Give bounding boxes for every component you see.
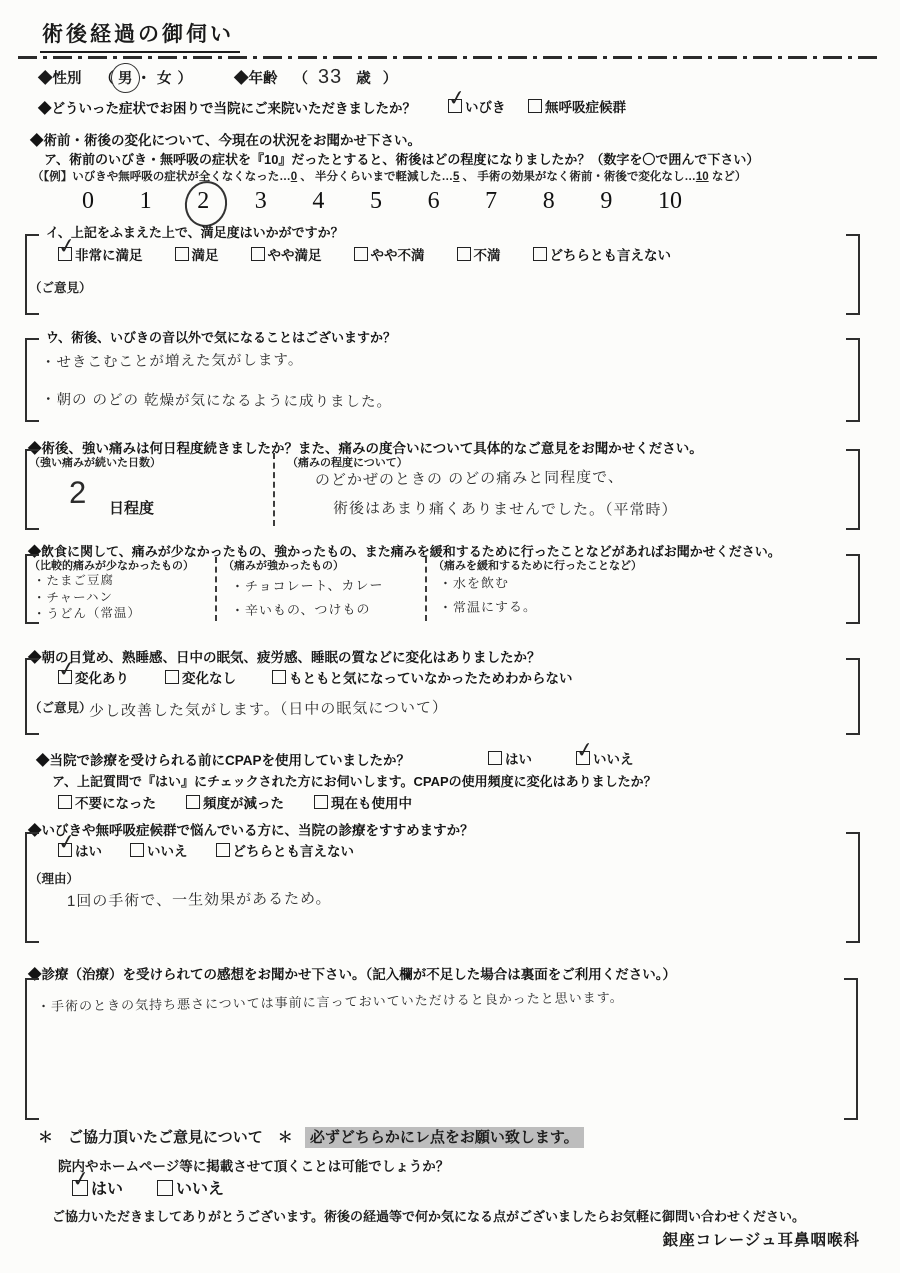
footer-thanks-text: ご協力いただきましてありがとうございます。術後の経過等で何か気になる点がございま… [52,1206,805,1225]
food-divider-1 [215,557,217,621]
checkbox-icon [272,670,286,684]
clinic-name: 銀座コレージュ耳鼻咽喉科 [663,1228,860,1250]
checkbox-label: いいえ [593,748,634,768]
change-question-label: ◆術前・術後の変化について、今現在の状況をお聞かせ下さい。 [30,129,421,149]
checkbox-icon [448,99,462,113]
gender-label: ◆性別 [38,67,82,88]
checkbox-icon [175,247,189,261]
checkbox-icon [216,843,230,857]
checkbox-apnea[interactable]: 無呼吸症候群 [528,96,626,116]
checkbox-label: 変化なし [182,667,236,687]
food-col2-line2: ・辛いもの、つけもの [231,599,371,619]
example-seg: など） [709,171,747,183]
concern-answer-line2: ・朝の のどの 乾燥が気になるように成りました。 [41,388,392,411]
sleep-options-row: 変化あり 変化なし もともと気になっていなかったためわからない [58,667,573,687]
age-unit: 歳 [356,67,371,88]
scale-1[interactable]: 1 [140,188,152,215]
satisfaction-options-row: 非常に満足 満足 やや満足 やや不満 不満 どちらとも言えない [58,244,671,264]
pain-degree-line1-handwritten: のどかぜのときの のどの痛みと同程度で、 [315,466,624,490]
checkbox-label: やや不満 [371,244,425,264]
checkbox-icon [528,99,542,113]
food-col1-line1: ・たまご豆腐 [33,570,114,589]
example-seg-underlined: 10 [696,171,709,183]
symptom-question-label: ◆どういった症状でお困りで当院にご来院いただきましたか？ [38,97,416,117]
age-label: ◆年齢 [234,67,278,88]
checkbox-label: はい [91,1176,123,1199]
checkbox-label: やや満足 [268,244,322,264]
checkbox-icon [130,843,144,857]
sleep-answer-box: 変化あり 変化なし もともと気になっていなかったためわからない （ご意見） 少し… [25,658,860,735]
food-divider-2 [425,557,427,621]
profile-row: ◆性別 （ 男 ・ 女 ） ◆年齢 （ 33 歳 ） [38,66,397,89]
scale-5[interactable]: 5 [370,188,382,215]
recommend-options-row: はい いいえ どちらとも言えない [58,840,354,860]
gender-female: 女 [157,67,172,88]
food-col2-header: （痛みが強かったもの） [223,557,344,573]
checkbox-label: 現在も使用中 [331,792,412,812]
checkbox-icon [314,795,328,809]
checkbox-label: 不要になった [75,792,156,812]
checkbox-icon [165,670,179,684]
example-seg: 、 半分くらいまで軽減した… [297,171,453,183]
publish-question-label: 院内やホームページ等に掲載させて頂くことは可能でしょうか？ [58,1155,449,1175]
page-title: 術後経過の御伺い [40,18,240,53]
scale-9[interactable]: 9 [600,188,612,215]
change-example-line: （【例】いびきや無呼吸の症状が全くなくなった…0 、 半分くらいまで軽減した…5… [32,168,746,184]
scale-8[interactable]: 8 [543,188,555,215]
cpap-sub-question-label: ア、上記質問で『はい』にチェックされた方にお伺いします。CPAPの使用頻度に変化… [52,771,657,790]
checkbox-label: もともと気になっていなかったためわからない [289,667,573,687]
checkbox-label: 変化あり [75,667,129,687]
scale-4[interactable]: 4 [312,188,324,215]
sleep-comment-label: （ご意見） [29,698,92,716]
footer-note-prefix: ＊ ご協力頂いたご意見について ＊ [38,1129,293,1146]
checkbox-icon [576,751,590,765]
checkbox-frequency-decreased[interactable]: 頻度が減った [186,792,284,812]
checkbox-icon [251,247,265,261]
questionnaire-scan-page: 術後経過の御伺い ◆性別 （ 男 ・ 女 ） ◆年齢 （ 33 歳 ） ◆どうい… [0,0,900,1273]
checkbox-label: いびき [465,96,506,116]
checkbox-label: いいえ [176,1176,224,1199]
age-paren-close: ） [383,67,398,88]
checkbox-changed[interactable]: 変化あり [58,667,129,687]
checkbox-dissatisfied[interactable]: 不満 [457,244,501,264]
checkbox-icon [186,795,200,809]
checkbox-neither[interactable]: どちらとも言えない [533,244,672,264]
scale-3[interactable]: 3 [255,188,267,215]
pain-days-value-handwritten: 2 [69,475,88,511]
checkbox-label: どちらとも言えない [550,244,672,264]
age-value-handwritten: 33 [318,66,342,89]
checkbox-label: 頻度が減った [203,792,284,812]
checkbox-icon [488,751,502,765]
scale-2-circled[interactable]: 2 [197,188,209,215]
food-answer-box: （比較的痛みが少なかったもの） ・たまご豆腐 ・チャーハン ・うどん（常温） （… [25,554,860,624]
checkbox-no-change[interactable]: 変化なし [165,667,236,687]
checkbox-icon [58,795,72,809]
food-col2-line1: ・チョコレート、カレー [231,574,384,595]
checkbox-label: はい [505,748,532,768]
checkbox-unknown[interactable]: もともと気になっていなかったためわからない [272,667,573,687]
checkbox-icon [157,1180,173,1196]
scale-10[interactable]: 10 [658,188,682,215]
checkbox-recommend-yes[interactable]: はい [58,840,102,860]
checkbox-icon [457,247,471,261]
checkbox-label: いいえ [147,840,188,860]
footer-note-highlight: 必ずどちらかにレ点をお願い致します。 [305,1127,584,1148]
publish-options-row: はい いいえ [72,1176,224,1199]
checkbox-still-using[interactable]: 現在も使用中 [314,792,412,812]
satisfaction-answer-box: 非常に満足 満足 やや満足 やや不満 不満 どちらとも言えない （ご意見） [25,234,860,315]
pain-column-divider [273,453,275,526]
recommend-reason-label: （理由） [29,869,79,887]
checkbox-label: 満足 [192,244,219,264]
checkbox-icon [533,247,547,261]
change-sub-label: ア、術前のいびき・無呼吸の症状を『10』だったとすると、術後はどの程度になりまし… [44,149,759,168]
checkbox-icon [58,247,72,261]
checkbox-label: 非常に満足 [75,244,143,264]
checkbox-label: 無呼吸症候群 [545,96,626,116]
satisfaction-comment-label: （ご意見） [29,278,92,296]
scale-6[interactable]: 6 [428,188,440,215]
impression-answer-handwritten: ・手術のときの気持ち悪さについては事前に言っておいていただけると良かったと思いま… [37,987,624,1015]
cpap-question-label: ◆当院で診療を受けられる前にCPAPを使用していましたか？ [36,749,410,769]
checkbox-label: どちらとも言えない [233,840,355,860]
age-paren-open: （ [294,67,309,88]
severity-scale-row: 0 1 2 3 4 5 6 7 8 9 10 [82,188,682,215]
example-seg: 、 手術の効果がなく術前・術後で変化なし… [459,171,695,183]
checkbox-cpap-yes[interactable]: はい [488,748,532,768]
food-col3-line2: ・常温にする。 [439,596,537,616]
pain-days-label: （強い痛みが続いた日数） [29,454,161,470]
cpap-sub-options-row: 不要になった 頻度が減った 現在も使用中 [58,792,412,812]
concern-answer-box: ・せきこむことが増えた気がします。 ・朝の のどの 乾燥が気になるように成りまし… [25,338,860,422]
pain-answer-box: （強い痛みが続いた日数） 2 日程度 （痛みの程度について） のどかぜのときの … [25,449,860,530]
checkbox-label: はい [75,840,102,860]
checkbox-somewhat-dissatisfied[interactable]: やや不満 [354,244,425,264]
title-divider [18,56,882,59]
recommend-answer-box: はい いいえ どちらとも言えない （理由） 1回の手術で、一生効果があるため。 [25,832,860,943]
checkbox-recommend-neither[interactable]: どちらとも言えない [216,840,355,860]
food-col3-header: （痛みを緩和するために行ったことなど） [433,557,642,573]
checkbox-recommend-no[interactable]: いいえ [130,840,188,860]
example-seg: （【例】いびきや無呼吸の症状が全くなくなった… [32,171,291,183]
gender-paren-close: ） [178,67,193,88]
checkbox-very-satisfied[interactable]: 非常に満足 [58,244,143,264]
checkbox-somewhat-satisfied[interactable]: やや満足 [251,244,322,264]
checkbox-icon [72,1180,88,1196]
checkbox-satisfied[interactable]: 満足 [175,244,219,264]
pain-degree-line2-handwritten: 術後はあまり痛くありませんでした。（平常時） [333,497,678,520]
scale-0[interactable]: 0 [82,188,94,215]
checkbox-label: 不満 [474,244,501,264]
concern-answer-line1: ・せきこむことが増えた気がします。 [41,348,304,372]
checkbox-cpap-no[interactable]: いいえ [576,748,634,768]
checkbox-publish-no[interactable]: いいえ [157,1176,224,1199]
recommend-reason-handwritten: 1回の手術で、一生効果があるため。 [67,887,332,911]
sleep-comment-handwritten: 少し改善した気がします。（日中の眠気について） [89,696,448,721]
checkbox-icon [58,843,72,857]
food-col3-line1: ・水を飲む [439,572,509,592]
pain-days-unit: 日程度 [109,497,154,518]
footer-note-row: ＊ ご協力頂いたご意見について ＊ 必ずどちらかにレ点をお願い致します。 [38,1126,584,1147]
scale-7[interactable]: 7 [485,188,497,215]
checkbox-snoring[interactable]: いびき [448,96,506,116]
gender-male-circled: 男 [118,67,133,88]
checkbox-icon [58,670,72,684]
checkbox-no-longer-needed[interactable]: 不要になった [58,792,156,812]
checkbox-icon [354,247,368,261]
food-col1-line3: ・うどん（常温） [33,603,141,622]
checkbox-publish-yes[interactable]: はい [72,1176,123,1199]
impression-answer-box: ・手術のときの気持ち悪さについては事前に言っておいていただけると良かったと思いま… [25,978,858,1120]
